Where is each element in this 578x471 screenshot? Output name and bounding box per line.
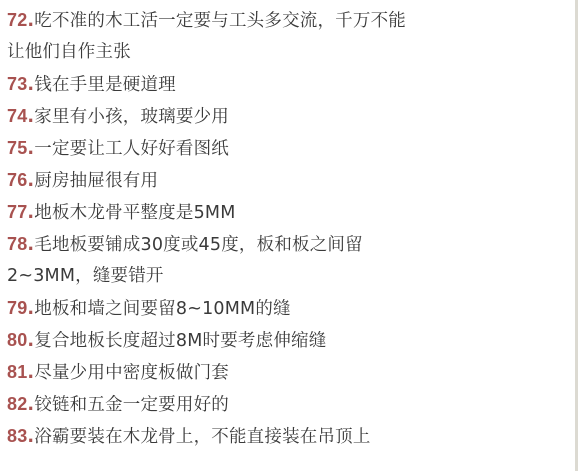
tip-number: 82 xyxy=(7,394,27,414)
tip-number: 81 xyxy=(7,362,27,382)
tip-text: 铰链和五金一定要用好的 xyxy=(34,395,229,415)
tip-text: 尽量少用中密度板做门套 xyxy=(34,363,229,383)
tip-text: 地板木龙骨平整度是5MM xyxy=(34,203,235,223)
tip-number: 78 xyxy=(7,234,27,254)
tip-80: 80.复合地板长度超过8M时要考虑伸缩缝 xyxy=(7,324,406,356)
tip-number: 74 xyxy=(7,106,27,126)
tip-text: 毛地板要铺成30度或45度，板和板之间留 xyxy=(34,235,363,255)
tip-75: 75.一定要让工人好好看图纸 xyxy=(7,132,406,164)
tip-77: 77.地板木龙骨平整度是5MM xyxy=(7,196,406,228)
tip-72-continuation: 让他们自作主张 xyxy=(7,36,406,68)
tip-82: 82.铰链和五金一定要用好的 xyxy=(7,388,406,420)
tip-text: 一定要让工人好好看图纸 xyxy=(34,139,229,159)
tip-number: 72 xyxy=(7,10,27,30)
tip-number: 83 xyxy=(7,426,27,446)
tip-76: 76.厨房抽屉很有用 xyxy=(7,164,406,196)
tip-text: 钱在手里是硬道理 xyxy=(34,75,176,95)
tip-78: 78.毛地板要铺成30度或45度，板和板之间留 xyxy=(7,228,406,260)
tip-number: 80 xyxy=(7,330,27,350)
tips-list: 72.吃不准的木工活一定要与工头多交流，千万不能 让他们自作主张 73.钱在手里… xyxy=(7,4,406,452)
tip-74: 74.家里有小孩，玻璃要少用 xyxy=(7,100,406,132)
tip-text: 浴霸要装在木龙骨上，不能直接装在吊顶上 xyxy=(34,427,370,447)
document-page: 72.吃不准的木工活一定要与工头多交流，千万不能 让他们自作主张 73.钱在手里… xyxy=(0,0,578,471)
tip-text: 2~3MM，缝要错开 xyxy=(7,266,164,286)
tip-79: 79.地板和墙之间要留8~10MM的缝 xyxy=(7,292,406,324)
tip-number: 77 xyxy=(7,202,27,222)
tip-number: 75 xyxy=(7,138,27,158)
tip-83: 83.浴霸要装在木龙骨上，不能直接装在吊顶上 xyxy=(7,420,406,452)
tip-text: 厨房抽屉很有用 xyxy=(34,171,158,191)
tip-81: 81.尽量少用中密度板做门套 xyxy=(7,356,406,388)
tip-text: 复合地板长度超过8M时要考虑伸缩缝 xyxy=(34,331,326,351)
tip-72: 72.吃不准的木工活一定要与工头多交流，千万不能 xyxy=(7,4,406,36)
tip-number: 73 xyxy=(7,74,27,94)
tip-text: 让他们自作主张 xyxy=(7,42,131,62)
tip-number: 79 xyxy=(7,298,27,318)
tip-text: 地板和墙之间要留8~10MM的缝 xyxy=(34,299,290,319)
tip-text: 吃不准的木工活一定要与工头多交流，千万不能 xyxy=(34,11,406,31)
tip-number: 76 xyxy=(7,170,27,190)
tip-78-continuation: 2~3MM，缝要错开 xyxy=(7,260,406,292)
tip-text: 家里有小孩，玻璃要少用 xyxy=(34,107,229,127)
tip-73: 73.钱在手里是硬道理 xyxy=(7,68,406,100)
